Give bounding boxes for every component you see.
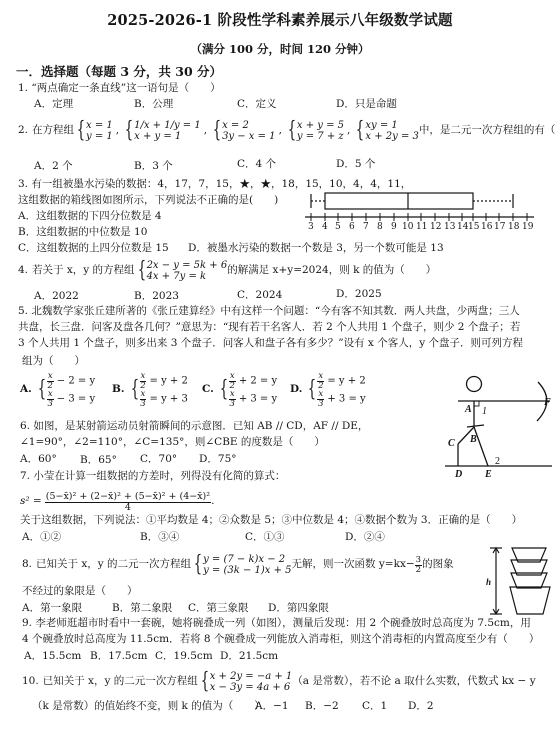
question-number: 9.	[22, 617, 32, 629]
question-suffix: 中，是二元一次方程组的有（	[419, 124, 556, 137]
option-d[interactable]: D．第四象限	[268, 602, 329, 615]
archery-figure: A 1 F C B D E 2	[440, 372, 560, 480]
option-c[interactable]: C．4 个	[237, 158, 276, 171]
option-d[interactable]: D．21.5cm	[220, 650, 278, 663]
option-a[interactable]: A．这组数据的下四分位数是 4	[18, 210, 162, 223]
option-c[interactable]: C．19.5cm	[155, 650, 213, 663]
option-d[interactable]: D．75°	[199, 453, 237, 466]
question-text: 北魏数学家张丘建所著的《张丘建算经》中有这样一个问题：“今有客不知其数．两人共盘…	[31, 305, 519, 317]
equation-system: {y = (7 − k)x − 2y = (3k − 1)x + 5	[191, 554, 291, 576]
option-c[interactable]: C．70°	[140, 453, 177, 466]
equation-system: {x + 2y = −a + 1x − 3y = 4a + 6	[198, 671, 293, 693]
option-a[interactable]: A．2022	[34, 290, 79, 303]
option-a[interactable]: A．60°	[20, 453, 57, 466]
equation-system: {x = 23y − x = 1	[210, 120, 276, 142]
question-number: 6.	[20, 420, 30, 432]
option-a[interactable]: A．第一象限	[22, 602, 82, 615]
question-text: 这组数据的箱线图如图所示，下列说法不正确的是( )	[18, 194, 278, 207]
question-text: “两点确定一条直线”这一语句是（ ）	[31, 82, 220, 94]
question-prefix: 已知关于 x，y 的二元一次方程组	[43, 675, 198, 688]
option-d[interactable]: D．被墨水污染的数据一个数是 3，另一个数可能是 13	[188, 242, 444, 255]
question-text: 4 个碗叠放时总高度为 11.5cm．若将 8 个碗叠成一列能放入消毒柜，则这个…	[22, 633, 539, 646]
question-number: 4.	[18, 264, 28, 277]
label-d: D	[454, 469, 462, 480]
option-a[interactable]: A. { x2 − 2 = y x3 − 3 = y	[20, 372, 95, 408]
question-text: 共盘，长三盘．问客及盘各几何？”意思为：“现有若干名客人．若 2 个人共用 1 …	[18, 321, 520, 334]
question-prefix: 若关于 x，y 的方程组	[32, 264, 135, 277]
label-angle-2: 2	[495, 456, 500, 467]
option-c[interactable]: C．2024	[237, 289, 282, 302]
label-a: A	[464, 404, 472, 415]
question-text: 如图，是某射箭运动员射箭瞬间的示意图．已知 AB // CD，AF // DE，	[33, 420, 368, 432]
exam-subtitle: （满分 100 分，时间 120 分钟）	[0, 42, 560, 56]
question-number: 10.	[22, 675, 39, 688]
option-a[interactable]: A．15.5cm	[24, 650, 81, 663]
question-suffix: 无解，则一次函数 y=kx−	[292, 558, 415, 571]
option-b[interactable]: B．第二象限	[112, 602, 172, 615]
equation-system: {x + y = 5y = 7 + z	[285, 120, 344, 142]
question-number: 8.	[22, 558, 32, 571]
option-b[interactable]: B．65°	[80, 454, 117, 467]
question-suffix: 的解满足 x+y=2024，则 k 的值为（ ）	[227, 264, 436, 277]
option-d[interactable]: D．2025	[336, 288, 382, 301]
question-number: 1.	[18, 82, 28, 94]
question-text: 组为（ ）	[22, 355, 85, 368]
option-b[interactable]: B．③④	[140, 531, 179, 544]
stacked-bowls-figure: h	[484, 545, 554, 617]
option-a[interactable]: A．定理	[34, 98, 73, 111]
option-c[interactable]: C．1	[362, 700, 387, 713]
question-text: （k 是常数）的值始终不变，则 k 的值为（ ）	[32, 700, 265, 713]
question-number: 3.	[18, 178, 28, 190]
equation-system: {xy = 1x + 2y = 3	[353, 120, 419, 142]
option-d[interactable]: D. { x2 = y + 2 x3 + 3 = y	[290, 372, 366, 408]
option-b[interactable]: B．公理	[134, 98, 173, 111]
option-b[interactable]: B．17.5cm	[90, 650, 147, 663]
label-c: C	[448, 438, 455, 449]
option-d[interactable]: D．只是命题	[336, 98, 397, 111]
question-suffix: （a 是常数），若不论 a 取什么实数，代数式 kx − y	[292, 675, 535, 688]
question-text: 关于这组数据，下列说法：①平均数是 4；②众数是 5；③中位数是 4；④数据个数…	[20, 514, 522, 527]
option-a[interactable]: A．2 个	[34, 160, 73, 173]
variance-formula: s² = (5−x̄)² + (2−x̄)² + (5−x̄)² + (4−x̄…	[20, 492, 214, 512]
option-b[interactable]: B. { x2 = y + 2 x3 = y + 3	[112, 372, 188, 408]
option-b[interactable]: B．−2	[305, 700, 339, 713]
label-angle-1: 1	[482, 406, 487, 417]
question-number: 7.	[20, 470, 30, 482]
option-c[interactable]: C．第三象限	[188, 602, 249, 615]
label-f: F	[543, 397, 551, 408]
question-number: 5.	[18, 305, 28, 317]
option-c[interactable]: C．这组数据的上四分位数是 15	[18, 242, 169, 255]
option-b[interactable]: B．3 个	[134, 160, 173, 173]
section-heading: 一．选择题（每题 3 分，共 30 分）	[16, 64, 222, 80]
option-d[interactable]: D．5 个	[336, 158, 375, 171]
equation-system: {1/x + 1/y = 1x + y = 1	[122, 120, 201, 142]
question-text: 有一组被墨水污染的数据：4，17，7，15，★，★，18，15，10，4，4，1…	[31, 178, 411, 190]
option-c[interactable]: C. { x2 + 2 = y x3 + 3 = y	[202, 372, 277, 408]
question-text: 李老师逛超市时看中一套碗，她将碗叠成一列（如图），测量后发现：用 2 个碗叠放时…	[35, 617, 530, 629]
option-a[interactable]: A．−1	[255, 700, 289, 713]
option-d[interactable]: D．②④	[345, 531, 385, 544]
question-prefix: 在方程组	[32, 124, 74, 137]
option-b[interactable]: B．2023	[134, 290, 179, 303]
option-c[interactable]: C．定义	[237, 98, 277, 111]
exam-title: 2025-2026-1 阶段性学科素养展示八年级数学试题	[0, 12, 560, 30]
question-number: 2.	[18, 124, 28, 137]
label-e: E	[484, 469, 492, 480]
option-d[interactable]: D．2	[408, 700, 434, 713]
option-b[interactable]: B．这组数据的中位数是 10	[18, 226, 147, 239]
question-text: ∠1=90°，∠2=110°，∠C=135°，则∠CBE 的度数是（ ）	[20, 436, 325, 449]
equation-system: {x = 1y = 1	[74, 120, 113, 142]
question-text: 不经过的象限是（ ）	[22, 585, 138, 598]
question-text: 小莹在计算一组数据的方差时，列得没有化简的算式：	[33, 470, 285, 482]
label-h: h	[486, 577, 491, 587]
boxplot-axis-labels: 3 4 5 6 7 8 9 10 11 12 13 14 15 16 17 18…	[300, 222, 540, 234]
label-b: B	[469, 434, 477, 445]
option-c[interactable]: C．①③	[245, 531, 285, 544]
equation-system: {2x − y = 5k + 64x + 7y = k	[135, 260, 228, 282]
question-prefix: 已知关于 x，y 的二元一次方程组	[36, 558, 191, 571]
option-a[interactable]: A．①②	[22, 531, 61, 544]
question-text: 3 个人共用 1 个盘子，则多出来 3 个盘子．问客人和盘子各有多少？”设有 x…	[18, 337, 523, 350]
